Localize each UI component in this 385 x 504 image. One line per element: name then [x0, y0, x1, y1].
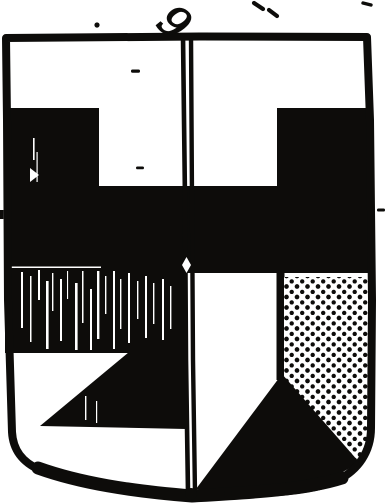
engraving-page: 9: [0, 0, 385, 504]
ink-speck-dot: [94, 22, 99, 27]
ink-speck-edge: [0, 210, 3, 219]
shield-bottom-point: [185, 488, 197, 500]
ink-speck-dash: [131, 70, 140, 73]
dexter-lower-band: [5, 268, 186, 353]
print-flaw: [96, 401, 97, 423]
middle-fess-band-dexter: [5, 186, 190, 272]
ink-speck-dash: [377, 209, 385, 212]
ink-speck-dash: [224, 492, 232, 495]
print-flaw: [33, 138, 35, 160]
print-flaw: [37, 152, 38, 182]
ink-speck-tick: [363, 3, 371, 5]
coat-of-arms-figure: 9: [0, 0, 385, 504]
print-flaw: [85, 396, 86, 420]
dexter-canton: [5, 108, 99, 190]
stipple-panel-edge: [277, 272, 285, 380]
ink-speck-dash: [136, 167, 144, 170]
sinister-canton: [277, 108, 371, 192]
middle-fess-band-sinister: [186, 186, 371, 273]
